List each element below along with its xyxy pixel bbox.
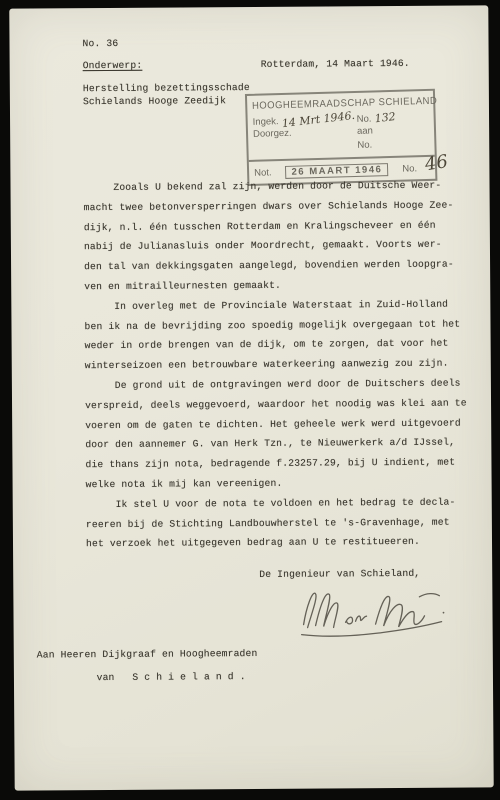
- body-line: het verzoek het uitgegeven bedrag aan U …: [86, 532, 468, 554]
- stamp-left-column: Ingek.14 Mrt 1946. Doorgez.: [253, 112, 358, 157]
- subject-line: Herstelling bezettingsschade: [83, 82, 250, 96]
- registry-stamp: HOOGHEEMRAADSCHAP SCHIELAND Ingek.14 Mrt…: [245, 89, 437, 186]
- body-line: reeren bij de Stichting Landbouwherstel …: [86, 512, 468, 534]
- body-line: voeren om de gaten te dichten. Het gehee…: [85, 413, 467, 435]
- body-line: nabij de Julianasluis onder Moordrecht, …: [84, 235, 466, 257]
- body-line: Zooals U bekend zal zijn, werden door de…: [83, 176, 465, 198]
- body-line: Ik stel U voor de nota te voldoen en het…: [86, 492, 468, 514]
- subject-block: Herstelling bezettingsschadeSchielands H…: [83, 82, 250, 108]
- letter-paper: No. 36 Onderwerp: Rotterdam, 14 Maart 19…: [9, 5, 493, 790]
- addressee-block: Aan Heeren Dijkgraaf en Hoogheemraden va…: [37, 643, 258, 690]
- subject-label: Onderwerp:: [83, 60, 143, 71]
- document-number: No. 36: [82, 38, 118, 49]
- closing-line: De Ingenieur van Schieland,: [259, 568, 420, 580]
- stamp-fields: Ingek.14 Mrt 1946. Doorgez. No.132 aan N…: [247, 109, 434, 160]
- stamp-no1-label: No.: [357, 114, 372, 125]
- letter-body: Zooals U bekend zal zijn, werden door de…: [83, 176, 467, 555]
- dateline: Rotterdam, 14 Maart 1946.: [261, 58, 410, 70]
- addressee-line: van S c h i e l a n d .: [37, 665, 258, 689]
- stamp-no1-handwritten-value: 132: [374, 110, 396, 125]
- stamp-no3-label: No.: [402, 163, 417, 174]
- body-line: De grond uit de ontgravingen werd door d…: [85, 373, 467, 395]
- body-line: ven en mitrailleurnesten gemaakt.: [84, 274, 466, 296]
- stamp-right-column: No.132 aan No.: [356, 110, 429, 154]
- signature-handwriting: [293, 582, 448, 641]
- body-line: door den aannemer G. van Herk Tzn., te N…: [85, 433, 467, 455]
- body-line: In overleg met de Provinciale Waterstaat…: [84, 294, 466, 316]
- body-line: weder in orde brengen van de dijk, om te…: [85, 334, 467, 356]
- body-line: ben ik na de bevrijding zoo spoedig moge…: [84, 314, 466, 336]
- photo-background: { "document": { "number": "No. 36", "sub…: [0, 0, 500, 800]
- addressee-line: Aan Heeren Dijkgraaf en Hoogheemraden: [37, 643, 258, 667]
- body-line: die thans zijn nota, bedragende f.23257.…: [85, 453, 467, 475]
- body-line: macht twee betonversperringen dwars over…: [84, 195, 466, 217]
- subject-line: Schielands Hooge Zeedijk: [83, 95, 250, 109]
- body-line: winterseizoen een betrouwbare waterkeeri…: [85, 354, 467, 376]
- stamp-ingek-label: Ingek.: [253, 116, 279, 128]
- body-line: dijk, n.l. één tusschen Rotterdam en Kra…: [84, 215, 466, 237]
- stamp-doorgez-label: Doorgez.: [253, 126, 357, 143]
- stamp-no3-handwritten-value: 46: [424, 151, 450, 175]
- stamp-no2-label: No.: [357, 138, 429, 154]
- body-line: den tal van dekkingsgaten aangelegd, bov…: [84, 255, 466, 277]
- body-line: welke nota ik mij kan vereenigen.: [86, 472, 468, 494]
- body-line: verspreid, deels weggevoerd, waardoor he…: [85, 393, 467, 415]
